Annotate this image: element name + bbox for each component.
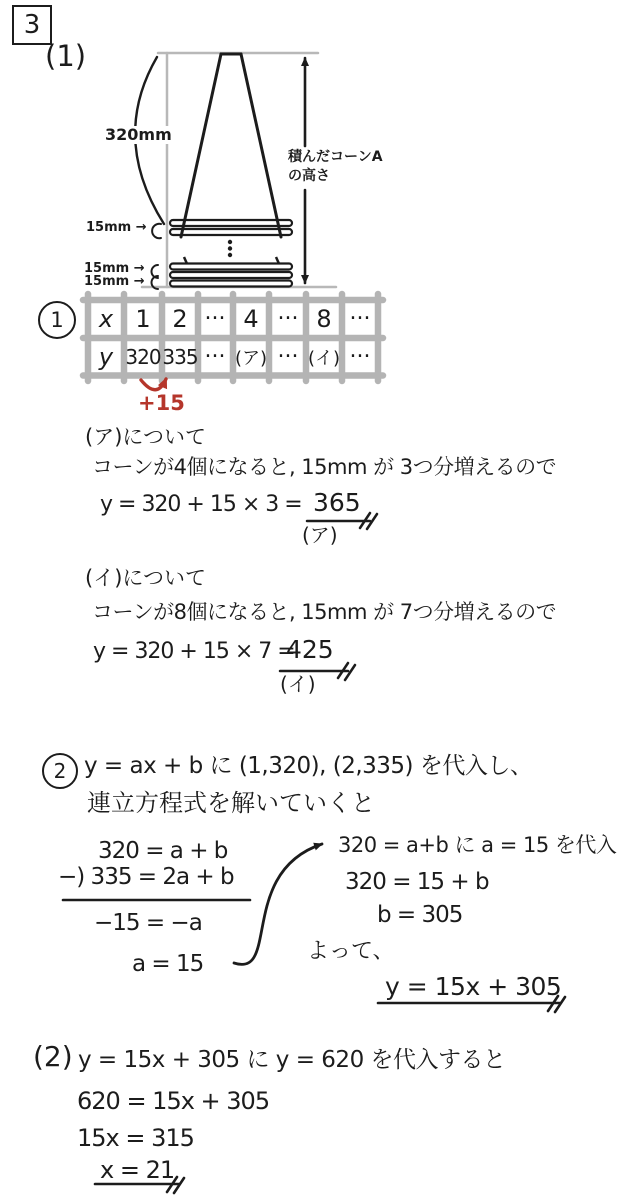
ellipsis-dots (228, 240, 232, 257)
table-cell: ··· (278, 307, 299, 332)
table-cell: ··· (205, 307, 226, 332)
table-cell: 320 (125, 345, 160, 369)
substitution-note: 320 = a+b に a = 15 を代入 (338, 833, 616, 857)
part2-intro-line1: y = ax + b に (1,320), (2,335) を代入し、 (84, 753, 532, 779)
part2-circled-number-text: 2 (54, 759, 67, 783)
gap-label-1: 15mm → (86, 221, 147, 236)
section-i-answer: 425 (286, 636, 334, 665)
stack-height-label-line1: 積んだコーンA (288, 148, 383, 167)
cone-shape (181, 54, 281, 237)
result-equation: y = 15x + 305 (385, 973, 561, 1002)
section-a-equation: y = 320 + 15 × 3 = (100, 492, 302, 517)
problem-number: 3 (24, 10, 41, 40)
elimination-eq3: −15 = −a (94, 910, 202, 936)
part2-circled-number: 2 (42, 753, 78, 789)
table-cell: 8 (316, 305, 331, 333)
table-cell: 1 (135, 305, 150, 333)
substitution-eq1: 320 = 15 + b (345, 869, 489, 895)
cone-height-label: 320mm (103, 126, 174, 144)
increment-label: +15 (138, 391, 185, 415)
section-a-body: コーンが4個になると, 15mm が 3つ分増えるので (92, 455, 556, 479)
section-a-heading: (ア)について (85, 425, 206, 449)
table-cell: (イ) (308, 344, 340, 370)
table-header-y: y (99, 343, 113, 371)
worksheet-page: 3 (1) 320mm 積んだコーンA の高さ 15mm → 15mm → 15… (0, 0, 635, 1200)
question2-eq2: 15x = 315 (77, 1125, 194, 1153)
question2-answer: x = 21 (100, 1157, 174, 1185)
table-circled-number: 1 (38, 301, 76, 339)
table-cell: ··· (278, 345, 299, 370)
section-a-answer: 365 (313, 489, 361, 518)
section-i-body: コーンが8個になると, 15mm が 7つ分増えるので (92, 600, 556, 624)
elimination-eq1: 320 = a + b (98, 838, 227, 864)
question2-intro: y = 15x + 305 に y = 620 を代入すると (78, 1047, 506, 1073)
table-cell: 2 (172, 305, 187, 333)
table-header-x: x (99, 305, 113, 333)
section-i-heading: (イ)について (85, 566, 206, 590)
gap-label-3: 15mm → (84, 275, 145, 290)
table-cell: ··· (350, 307, 371, 332)
substitution-eq2: b = 305 (377, 902, 462, 928)
part1-label: (1) (45, 40, 86, 73)
section-i-answer-tag: (イ) (280, 673, 316, 696)
table-cell: 4 (243, 305, 258, 333)
question2-label: (2) (33, 1041, 73, 1073)
table-circled-number-text: 1 (50, 308, 63, 332)
stack-height-label: 積んだコーンA の高さ (286, 148, 385, 186)
conclusion-label: よって、 (307, 939, 395, 964)
question2-eq1: 620 = 15x + 305 (77, 1088, 269, 1116)
section-a-answer-tag: (ア) (302, 524, 338, 547)
elimination-eq2: −) 335 = 2a + b (58, 864, 234, 890)
section-i-equation: y = 320 + 15 × 7 = (93, 639, 295, 664)
table-cell: 335 (162, 345, 197, 369)
table-cell: ··· (205, 345, 226, 370)
stack-height-label-line2: の高さ (288, 167, 383, 186)
table-cell: ··· (350, 345, 371, 370)
elimination-eq4: a = 15 (132, 951, 203, 977)
part2-intro-line2: 連立方程式を解いていくと (87, 790, 375, 818)
gap-braces (152, 224, 162, 289)
table-cell: (ア) (235, 344, 267, 370)
